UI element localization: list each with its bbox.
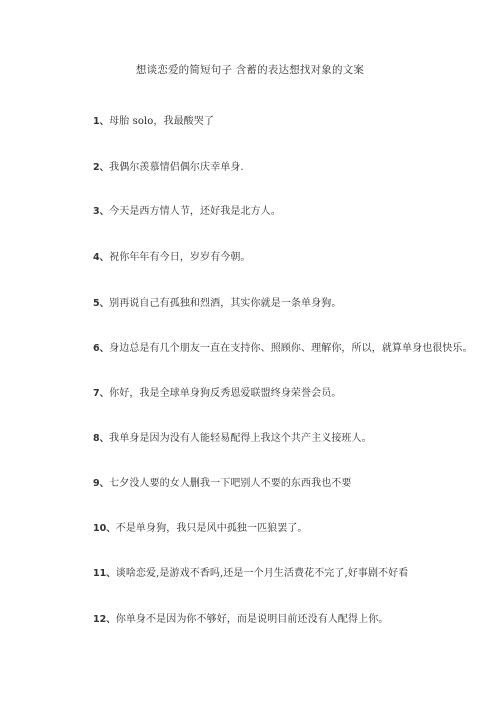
document-title: 想谈恋爱的简短句子 含蓄的表达想找对象的文案 <box>0 63 500 77</box>
list-item: 6、身边总是有几个朋友一直在支持你、照顾你、理解你，所以，就算单身也很快乐。 <box>93 342 473 356</box>
list-item: 4、祝你年年有今日，岁岁有今朝。 <box>93 251 251 265</box>
list-item: 7、你好，我是全球单身狗反秀恩爱联盟终身荣誉会员。 <box>93 387 341 401</box>
list-item: 8、我单身是因为没有人能轻易配得上我这个共产主义接班人。 <box>93 432 372 446</box>
document-page: 想谈恋爱的简短句子 含蓄的表达想找对象的文案 1、母胎 solo，我最酸哭了 2… <box>0 0 500 708</box>
item-number: 9、 <box>93 478 109 489</box>
list-item: 3、今天是西方情人节，还好我是北方人。 <box>93 205 281 219</box>
item-text: 我偶尔羡慕情侣偶尔庆幸单身. <box>109 162 244 173</box>
item-number: 10、 <box>93 523 116 534</box>
item-text: 不是单身狗，我只是风中孤独一匹狼罢了。 <box>116 523 308 534</box>
list-item: 10、不是单身狗，我只是风中孤独一匹狼罢了。 <box>93 522 308 536</box>
item-number: 12、 <box>93 614 116 625</box>
item-text: 你好，我是全球单身狗反秀恩爱联盟终身荣誉会员。 <box>109 388 341 399</box>
list-item: 1、母胎 solo，我最酸哭了 <box>93 115 214 129</box>
item-text: 你单身不是因为你不够好，而是说明目前还没有人配得上你。 <box>116 614 389 625</box>
list-item: 11、谈啥恋爱,是游戏不香吗,还是一个月生活费花不完了,好事剧不好看 <box>93 567 408 581</box>
item-text: 七夕没人要的女人删我一下吧别人不要的东西我也不要 <box>109 478 351 489</box>
item-number: 11、 <box>93 568 116 579</box>
item-number: 1、 <box>93 116 109 127</box>
list-item: 9、七夕没人要的女人删我一下吧别人不要的东西我也不要 <box>93 477 352 491</box>
item-number: 2、 <box>93 162 109 173</box>
item-text: 我单身是因为没有人能轻易配得上我这个共产主义接班人。 <box>109 433 372 444</box>
item-text: 谈啥恋爱,是游戏不香吗,还是一个月生活费花不完了,好事剧不好看 <box>116 568 409 579</box>
list-item: 2、我偶尔羡慕情侣偶尔庆幸单身. <box>93 161 244 175</box>
item-text: 今天是西方情人节，还好我是北方人。 <box>109 206 281 217</box>
item-number: 6、 <box>93 343 109 354</box>
item-number: 5、 <box>93 298 109 309</box>
item-text: 身边总是有几个朋友一直在支持你、照顾你、理解你，所以，就算单身也很快乐。 <box>109 343 473 354</box>
item-text: 祝你年年有今日，岁岁有今朝。 <box>109 252 250 263</box>
item-number: 4、 <box>93 252 109 263</box>
item-text: 母胎 solo，我最酸哭了 <box>109 116 214 127</box>
item-number: 7、 <box>93 388 109 399</box>
list-item: 5、别再说自己有孤独和烈酒，其实你就是一条单身狗。 <box>93 297 341 311</box>
item-number: 3、 <box>93 206 109 217</box>
list-item: 12、你单身不是因为你不够好，而是说明目前还没有人配得上你。 <box>93 613 388 627</box>
item-number: 8、 <box>93 433 109 444</box>
item-text: 别再说自己有孤独和烈酒，其实你就是一条单身狗。 <box>109 298 341 309</box>
